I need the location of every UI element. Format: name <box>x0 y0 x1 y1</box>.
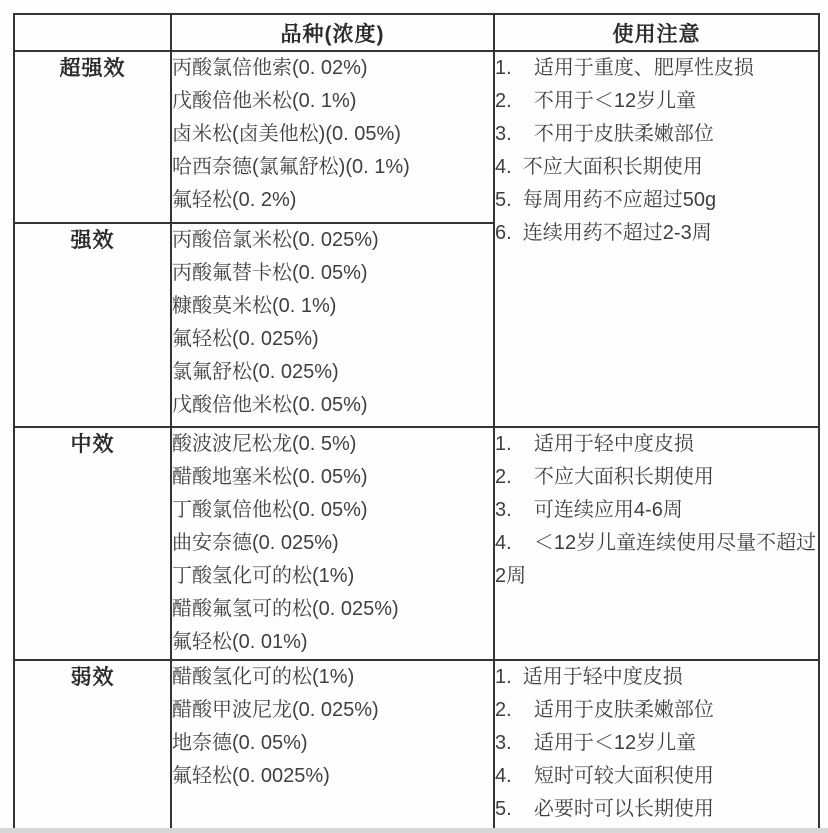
note-item: 4. 短时可较大面积使用 <box>495 760 818 793</box>
drug-item: 戊酸倍他米松(0. 1%) <box>172 85 493 118</box>
potency-label-weak: 弱效 <box>14 660 171 829</box>
drug-item: 醋酸氟氢可的松(0. 025%) <box>172 593 493 626</box>
drug-item: 氟轻松(0. 2%) <box>172 184 493 217</box>
note-item: 1. 适用于轻中度皮损 <box>495 661 818 694</box>
note-item: 5. 每周用药不应超过50g <box>495 184 818 217</box>
drug-item: 氯氟舒松(0. 025%) <box>172 356 493 389</box>
table-row: 弱效 醋酸氢化可的松(1%) 醋酸甲波尼龙(0. 025%) 地奈德(0. 05… <box>14 660 819 829</box>
drug-item: 氟轻松(0. 025%) <box>172 323 493 356</box>
table-row: 超强效 丙酸氯倍他索(0. 02%) 戊酸倍他米松(0. 1%) 卤米松(卤美他… <box>14 51 819 223</box>
drug-item: 酸波波尼松龙(0. 5%) <box>172 428 493 461</box>
potency-label-medium: 中效 <box>14 427 171 660</box>
drug-item: 曲安奈德(0. 025%) <box>172 527 493 560</box>
note-item: 5. 必要时可以长期使用 <box>495 793 818 826</box>
drugs-cell-weak: 醋酸氢化可的松(1%) 醋酸甲波尼龙(0. 025%) 地奈德(0. 05%) … <box>171 660 494 829</box>
drug-item: 戊酸倍他米松(0. 05%) <box>172 389 493 422</box>
drug-item: 地奈德(0. 05%) <box>172 727 493 760</box>
notes-cell-superpotent-potent: 1. 适用于重度、肥厚性皮损 2. 不用于＜12岁儿童 3. 不用于皮肤柔嫩部位… <box>494 51 819 427</box>
note-item: 3. 可连续应用4-6周 <box>495 494 818 527</box>
page: 品种(浓度) 使用注意 超强效 丙酸氯倍他索(0. 02%) 戊酸倍他米松(0.… <box>0 0 828 833</box>
drug-item: 丁酸氢化可的松(1%) <box>172 560 493 593</box>
potency-label-potent: 强效 <box>14 223 171 427</box>
header-cell-usage-notes: 使用注意 <box>494 14 819 51</box>
note-item: 4. 不应大面积长期使用 <box>495 151 818 184</box>
drug-item: 糠酸莫米松(0. 1%) <box>172 290 493 323</box>
note-item: 2. 适用于皮肤柔嫩部位 <box>495 694 818 727</box>
drug-item: 丙酸倍氯米松(0. 025%) <box>172 224 493 257</box>
table-row: 中效 酸波波尼松龙(0. 5%) 醋酸地塞米松(0. 05%) 丁酸氯倍他松(0… <box>14 427 819 660</box>
drug-item: 醋酸甲波尼龙(0. 025%) <box>172 694 493 727</box>
drugs-cell-potent: 丙酸倍氯米松(0. 025%) 丙酸氟替卡松(0. 05%) 糠酸莫米松(0. … <box>171 223 494 427</box>
note-item: 1. 适用于轻中度皮损 <box>495 428 818 461</box>
drug-item: 氟轻松(0. 0025%) <box>172 760 493 793</box>
note-item: 6. 连续用药不超过2-3周 <box>495 217 818 250</box>
note-item: 4. ＜12岁儿童连续使用尽量不超过2周 <box>495 527 818 593</box>
drug-item: 哈西奈德(氯氟舒松)(0. 1%) <box>172 151 493 184</box>
note-item: 2. 不用于＜12岁儿童 <box>495 85 818 118</box>
drugs-cell-superpotent: 丙酸氯倍他索(0. 02%) 戊酸倍他米松(0. 1%) 卤米松(卤美他松)(0… <box>171 51 494 223</box>
drug-item: 丙酸氯倍他索(0. 02%) <box>172 52 493 85</box>
notes-cell-weak: 1. 适用于轻中度皮损 2. 适用于皮肤柔嫩部位 3. 适用于＜12岁儿童 4.… <box>494 660 819 829</box>
drug-item: 醋酸氢化可的松(1%) <box>172 661 493 694</box>
table-header-row: 品种(浓度) 使用注意 <box>14 14 819 51</box>
notes-cell-medium: 1. 适用于轻中度皮损 2. 不应大面积长期使用 3. 可连续应用4-6周 4.… <box>494 427 819 660</box>
header-cell-variety: 品种(浓度) <box>171 14 494 51</box>
note-item: 1. 适用于重度、肥厚性皮损 <box>495 52 818 85</box>
drug-item: 醋酸地塞米松(0. 05%) <box>172 461 493 494</box>
drug-item: 丁酸氯倍他松(0. 05%) <box>172 494 493 527</box>
header-cell-empty <box>14 14 171 51</box>
drug-item: 氟轻松(0. 01%) <box>172 626 493 659</box>
drug-item: 丙酸氟替卡松(0. 05%) <box>172 257 493 290</box>
note-item: 2. 不应大面积长期使用 <box>495 461 818 494</box>
drugs-cell-medium: 酸波波尼松龙(0. 5%) 醋酸地塞米松(0. 05%) 丁酸氯倍他松(0. 0… <box>171 427 494 660</box>
corticosteroid-potency-table: 品种(浓度) 使用注意 超强效 丙酸氯倍他索(0. 02%) 戊酸倍他米松(0.… <box>13 13 820 830</box>
bottom-edge-strip <box>0 828 828 833</box>
potency-label-superpotent: 超强效 <box>14 51 171 223</box>
drug-item: 卤米松(卤美他松)(0. 05%) <box>172 118 493 151</box>
note-item: 3. 不用于皮肤柔嫩部位 <box>495 118 818 151</box>
note-item: 3. 适用于＜12岁儿童 <box>495 727 818 760</box>
